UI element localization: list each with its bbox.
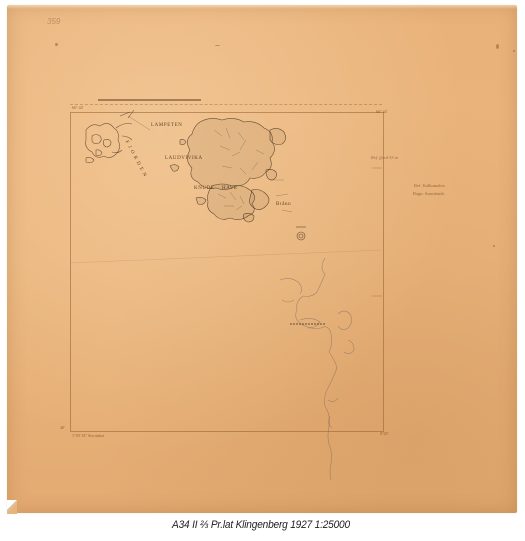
map-linework [0,0,525,541]
corner-coordinate: 1°50' 33" Sea rinkat [72,433,104,438]
graticule-line [70,250,382,263]
sheet-caption: A34 II ⅔ Pr.lat Klingenberg 1927 1:25000 [172,519,350,531]
island-cluster-main [170,118,286,222]
corner-coordinate: 66° 44' [376,109,387,114]
island-cluster-west [86,110,134,163]
torn-corner [7,500,17,514]
corner-coordinate: 40' [60,425,65,430]
map-label: KNUDE [194,186,215,191]
corner-coordinate: 66° 44' [72,105,83,110]
margin-note: Ref. Kalkumalen [414,183,445,188]
map-label: LAMPETEN [151,123,182,128]
margin-note: Ref. fjord 33 m [371,155,398,160]
map-label: HAVE [222,186,238,191]
islet-southeast [296,227,306,240]
map-label: LAUDVIVIKA [165,156,203,161]
coastline-mainland [280,258,354,480]
margin-note: Ragn. Ssumlands [413,191,444,196]
map-label: Brånn [276,202,291,207]
corner-coordinate: 0°45' [380,431,388,436]
